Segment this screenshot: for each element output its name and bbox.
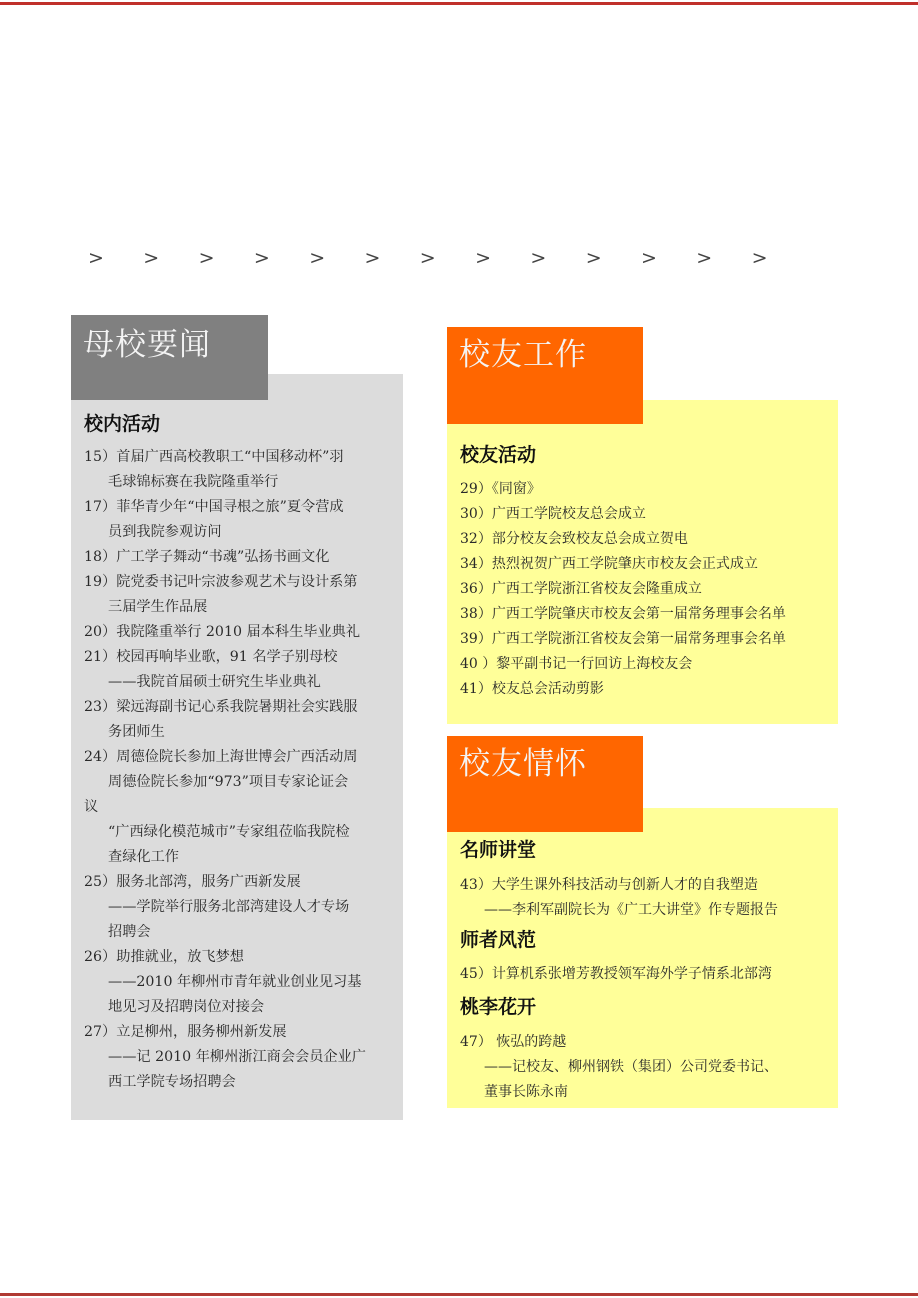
- article-number: 41）: [460, 681, 492, 697]
- article-title: 周德俭院长参加上海世博会广西活动周: [116, 749, 357, 765]
- article-number: 38）: [460, 606, 492, 622]
- article-item[interactable]: 47） 恢弘的跨越: [460, 1030, 830, 1055]
- article-title-continuation: 员到我院参观访问: [84, 520, 394, 545]
- right-bottom-subsection-heading: 师者风范: [460, 928, 536, 952]
- right-bottom-section-title-box: 校友情怀: [447, 736, 643, 832]
- article-title: 首届广西高校教职工“中国移动杯”羽: [116, 449, 343, 465]
- article-title-continuation: 地见习及招聘岗位对接会: [84, 995, 394, 1020]
- article-title-continuation: ——记校友、柳州钢铁（集团）公司党委书记、: [460, 1055, 830, 1080]
- left-article-list: 15）首届广西高校教职工“中国移动杯”羽毛球锦标赛在我院隆重举行17）菲华青少年…: [84, 445, 394, 1095]
- article-item[interactable]: 21）校园再响毕业歌，91 名学子别母校: [84, 645, 394, 670]
- article-number: 30）: [460, 506, 492, 522]
- article-title: 热烈祝贺广西工学院肇庆市校友会正式成立: [492, 556, 758, 572]
- right-top-section-title: 校友工作: [459, 337, 587, 373]
- article-number: 34）: [460, 556, 492, 572]
- article-number: 40 ）: [460, 656, 496, 672]
- article-item[interactable]: 24）周德俭院长参加上海世博会广西活动周: [84, 745, 394, 770]
- article-number: 24）: [84, 749, 116, 765]
- article-number: 17）: [84, 499, 116, 515]
- article-title: 菲华青少年“中国寻根之旅”夏令营成: [116, 499, 343, 515]
- article-number: 45）: [460, 966, 492, 982]
- article-title: 黎平副书记一行回访上海校友会: [496, 656, 692, 672]
- article-title: 校园再响毕业歌，91 名学子别母校: [116, 649, 337, 665]
- article-title-continuation: 周德俭院长参加“973”项目专家论证会: [84, 770, 394, 795]
- left-section-title-box: 母校要闻: [71, 315, 268, 400]
- chevron-right-icon: >: [475, 246, 491, 270]
- right-bottom-article-list: 47） 恢弘的跨越——记校友、柳州钢铁（集团）公司党委书记、董事长陈永南: [460, 1030, 830, 1105]
- chevron-right-icon: >: [365, 246, 381, 270]
- article-number: 43）: [460, 877, 492, 893]
- bottom-rule: [0, 1293, 918, 1296]
- article-title-continuation: 董事长陈永南: [460, 1080, 830, 1105]
- article-title-continuation: 西工学院专场招聘会: [84, 1070, 394, 1095]
- article-title: 恢弘的跨越: [492, 1034, 566, 1050]
- article-title: 我院隆重举行 2010 届本科生毕业典礼: [116, 624, 360, 640]
- article-title: 广西工学院浙江省校友会第一届常务理事会名单: [492, 631, 786, 647]
- article-title: 助推就业，放飞梦想: [116, 949, 244, 965]
- article-item[interactable]: 19）院党委书记叶宗波参观艺术与设计系第: [84, 570, 394, 595]
- chevron-right-icon: >: [420, 246, 436, 270]
- article-title-continuation: ——李利军副院长为《广工大讲堂》作专题报告: [460, 898, 830, 923]
- article-title-continuation: 议: [84, 795, 394, 820]
- right-top-subsection-heading: 校友活动: [460, 443, 536, 467]
- article-title-continuation: 三届学生作品展: [84, 595, 394, 620]
- article-title-continuation: ——我院首届硕士研究生毕业典礼: [84, 670, 394, 695]
- article-item[interactable]: 26）助推就业，放飞梦想: [84, 945, 394, 970]
- article-number: 36）: [460, 581, 492, 597]
- article-title: 大学生课外科技活动与创新人才的自我塑造: [492, 877, 758, 893]
- chevron-right-icon: >: [254, 246, 270, 270]
- article-title-continuation: 务团师生: [84, 720, 394, 745]
- article-item[interactable]: 36）广西工学院浙江省校友会隆重成立: [460, 577, 830, 602]
- article-number: 27）: [84, 1024, 116, 1040]
- article-title: 计算机系张增芳教授领军海外学子情系北部湾: [492, 966, 772, 982]
- article-title: 服务北部湾，服务广西新发展: [116, 874, 300, 890]
- article-item[interactable]: 20）我院隆重举行 2010 届本科生毕业典礼: [84, 620, 394, 645]
- article-item[interactable]: 23）梁远海副书记心系我院暑期社会实践服: [84, 695, 394, 720]
- article-number: 21）: [84, 649, 116, 665]
- article-number: 18）: [84, 549, 116, 565]
- article-number: 29）: [460, 481, 492, 497]
- article-title-continuation: “广西绿化模范城市”专家组莅临我院检: [84, 820, 394, 845]
- article-item[interactable]: 27）立足柳州，服务柳州新发展: [84, 1020, 394, 1045]
- article-number: 15）: [84, 449, 116, 465]
- article-number: 47）: [460, 1034, 492, 1050]
- article-number: 39）: [460, 631, 492, 647]
- article-title-continuation: 毛球锦标赛在我院隆重举行: [84, 470, 394, 495]
- article-number: 19）: [84, 574, 116, 590]
- article-item[interactable]: 43）大学生课外科技活动与创新人才的自我塑造: [460, 873, 830, 898]
- article-title: 广工学子舞动“书魂”弘扬书画文化: [116, 549, 329, 565]
- chevron-right-icon: >: [752, 246, 768, 270]
- right-top-section-title-box: 校友工作: [447, 327, 643, 424]
- chevron-right-icon: >: [641, 246, 657, 270]
- article-item[interactable]: 40 ）黎平副书记一行回访上海校友会: [460, 652, 830, 677]
- article-item[interactable]: 15）首届广西高校教职工“中国移动杯”羽: [84, 445, 394, 470]
- article-title: 校友总会活动剪影: [492, 681, 604, 697]
- right-bottom-article-list: 43）大学生课外科技活动与创新人才的自我塑造——李利军副院长为《广工大讲堂》作专…: [460, 873, 830, 923]
- left-section-title: 母校要闻: [83, 327, 211, 363]
- chevron-right-icon: >: [199, 246, 215, 270]
- right-bottom-subsection-heading: 名师讲堂: [460, 838, 536, 862]
- article-number: 26）: [84, 949, 116, 965]
- right-bottom-subsection-heading: 桃李花开: [460, 995, 536, 1019]
- article-item[interactable]: 32）部分校友会致校友总会成立贺电: [460, 527, 830, 552]
- article-title: 广西工学院肇庆市校友会第一届常务理事会名单: [492, 606, 786, 622]
- article-item[interactable]: 39）广西工学院浙江省校友会第一届常务理事会名单: [460, 627, 830, 652]
- article-item[interactable]: 41）校友总会活动剪影: [460, 677, 830, 702]
- article-item[interactable]: 17）菲华青少年“中国寻根之旅”夏令营成: [84, 495, 394, 520]
- article-title-continuation: ——记 2010 年柳州浙江商会会员企业广: [84, 1045, 394, 1070]
- article-title: 《同窗》: [492, 481, 541, 497]
- article-title: 部分校友会致校友总会成立贺电: [492, 531, 688, 547]
- top-rule: [0, 2, 918, 5]
- article-item[interactable]: 30）广西工学院校友总会成立: [460, 502, 830, 527]
- article-item[interactable]: 25）服务北部湾，服务广西新发展: [84, 870, 394, 895]
- left-subsection-heading: 校内活动: [84, 412, 160, 436]
- chevron-right-icon: >: [530, 246, 546, 270]
- article-item[interactable]: 45）计算机系张增芳教授领军海外学子情系北部湾: [460, 962, 830, 987]
- article-number: 23）: [84, 699, 116, 715]
- article-item[interactable]: 18）广工学子舞动“书魂”弘扬书画文化: [84, 545, 394, 570]
- article-title-continuation: 招聘会: [84, 920, 394, 945]
- article-number: 25）: [84, 874, 116, 890]
- right-bottom-section-title: 校友情怀: [459, 746, 587, 782]
- article-title: 梁远海副书记心系我院暑期社会实践服: [116, 699, 357, 715]
- article-item[interactable]: 29）《同窗》: [460, 477, 830, 502]
- chevron-right-icon: >: [696, 246, 712, 270]
- chevron-right-icon: >: [143, 246, 159, 270]
- article-number: 32）: [460, 531, 492, 547]
- chevron-right-icon: >: [586, 246, 602, 270]
- article-title-continuation: 查绿化工作: [84, 845, 394, 870]
- article-item[interactable]: 38）广西工学院肇庆市校友会第一届常务理事会名单: [460, 602, 830, 627]
- chevron-right-icon: >: [309, 246, 325, 270]
- article-title: 院党委书记叶宗波参观艺术与设计系第: [116, 574, 357, 590]
- article-title-continuation: ——2010 年柳州市青年就业创业见习基: [84, 970, 394, 995]
- article-title-continuation: ——学院举行服务北部湾建设人才专场: [84, 895, 394, 920]
- article-number: 20）: [84, 624, 116, 640]
- article-title: 广西工学院浙江省校友会隆重成立: [492, 581, 702, 597]
- article-title: 立足柳州，服务柳州新发展: [116, 1024, 286, 1040]
- chevron-right-icon: >: [88, 246, 104, 270]
- right-bottom-article-list: 45）计算机系张增芳教授领军海外学子情系北部湾: [460, 962, 830, 987]
- article-title: 广西工学院校友总会成立: [492, 506, 646, 522]
- right-top-article-list: 29）《同窗》30）广西工学院校友总会成立32）部分校友会致校友总会成立贺电34…: [460, 477, 830, 702]
- article-item[interactable]: 34）热烈祝贺广西工学院肇庆市校友会正式成立: [460, 552, 830, 577]
